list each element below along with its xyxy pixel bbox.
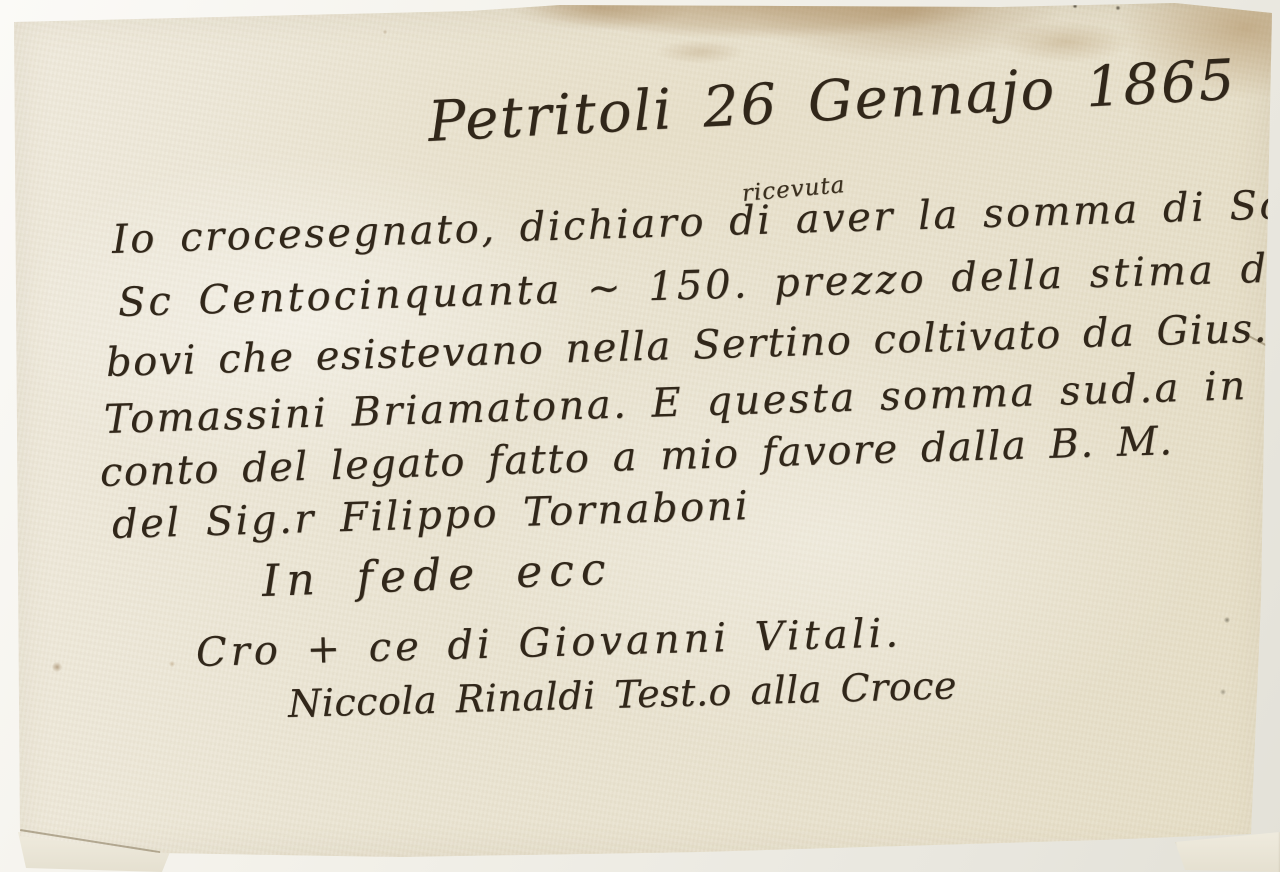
signature-line-cross-mark: Cro + ce di Giovanni Vitali. [195,610,902,676]
attestation-line: In fede ecc [261,544,613,607]
paper-sheet: Petritoli 26 Gennajo 1865 ricevuta Io cr… [0,0,1280,872]
scanned-manuscript-page: Petritoli 26 Gennajo 1865 ricevuta Io cr… [0,0,1280,872]
handwritten-text: Petritoli 26 Gennajo 1865 ricevuta Io cr… [0,0,1280,872]
signature-line-witness: Niccola Rinaldi Test.o alla Croce [287,663,957,726]
dateline: Petritoli 26 Gennajo 1865 [426,48,1237,155]
